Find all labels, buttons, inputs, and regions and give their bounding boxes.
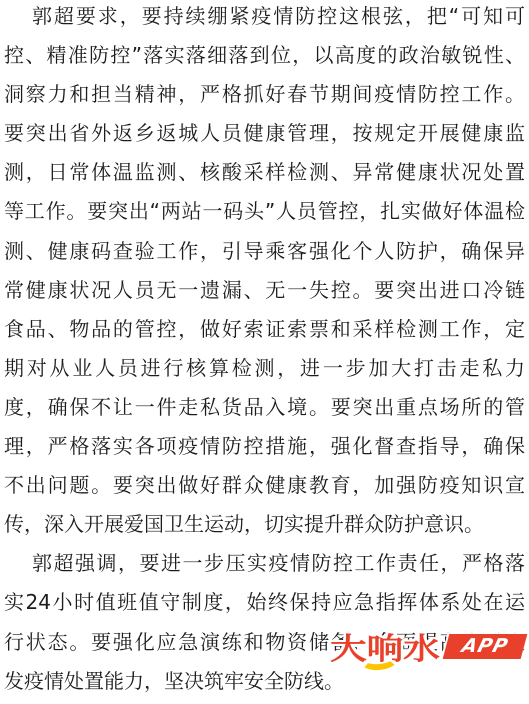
article-line-paragraph-start: 郭超强调，要进一步压实疫情防控工作责任，严格落 [4,544,525,583]
article-line: 测，日常体温监测、核酸采样检测、异常健康状况处置 [4,153,525,192]
article-line: 期对从业人员进行核算检测，进一步加大打击走私力 [4,349,525,388]
article-line: 常健康状况人员无一遗漏、无一失控。要突出进口冷链 [4,271,525,310]
article-line: 要突出省外返乡返城人员健康管理，按规定开展健康监 [4,114,525,153]
app-badge: APP [443,634,528,659]
article-line: 控、精准防控”落实落细落到位，以高度的政治敏锐性、 [4,36,525,75]
article-line: 度，确保不让一件走私货品入境。要突出重点场所的管 [4,388,525,427]
article-line: 郭超要求，要持续绷紧疫情防控这根弦，把“可知可 [4,0,525,36]
article-line: 实24小时值班值守制度，始终保持应急指挥体系处在运 [4,583,525,622]
article-line: 食品、物品的管控，做好索证索票和采样检测工作，定 [4,310,525,349]
article-line-paragraph-end: 传，深入开展爱国卫生运动，切实提升群众防护意识。 [4,505,525,544]
article-line: 测、健康码查验工作，引导乘客强化个人防护，确保异 [4,232,525,271]
article-line: 理，严格落实各项疫情防控措施，强化督查指导，确保 [4,427,525,466]
app-badge-label: APP [460,637,511,656]
article-body: 郭超要求，要持续绷紧疫情防控这根弦，把“可知可 控、精准防控”落实落细落到位，以… [4,0,525,701]
watermark-logo: 大响水 APP [328,620,526,674]
article-page: 郭超要求，要持续绷紧疫情防控这根弦，把“可知可 控、精准防控”落实落细落到位，以… [0,0,529,704]
article-line: 洞察力和担当精神，严格抓好春节期间疫情防控工作。 [4,75,525,114]
article-line: 不出问题。要突出做好群众健康教育，加强防疫知识宣 [4,466,525,505]
article-line: 等工作。要突出“两站一码头”人员管控，扎实做好体温检 [4,192,525,231]
